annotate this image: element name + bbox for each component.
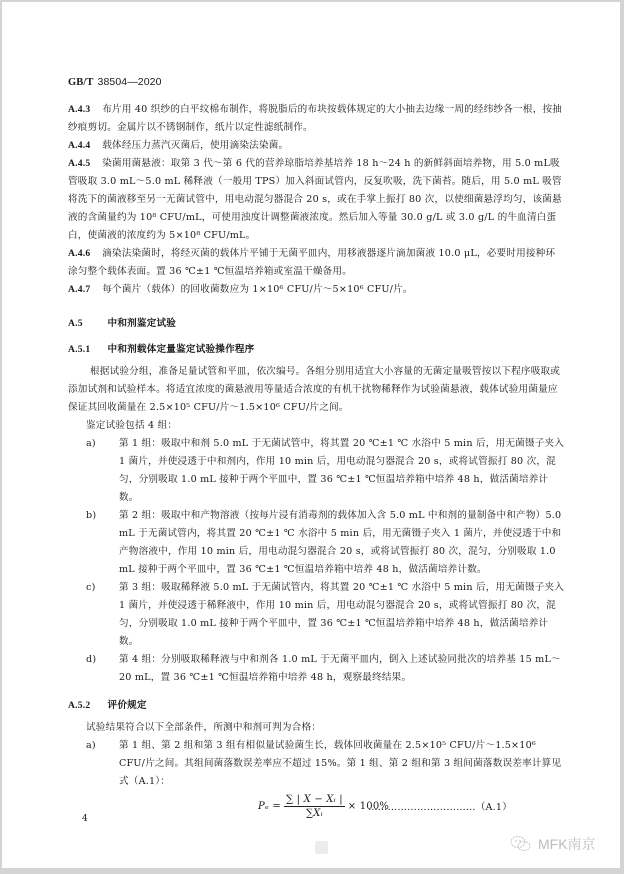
list-item-text: 第 2 组：吸取中和产物溶液（按每片浸有消毒剂的载体加入含 5.0 mL 中和剂… [119,510,561,575]
standard-number: 38504—2020 [98,76,162,88]
document-body: A.4.3 布片用 40 织纱的白平纹棉布制作，将脱脂后的布块按载体规定的大小抽… [68,101,565,823]
a51-intro: 根据试验分组，准备足量试管和平皿，依次编号。各组分别用适宜大小容量的无菌定量吸管… [68,363,565,417]
test-groups-list: a) 第 1 组：吸取中和剂 5.0 mL 于无菌试管中，将其置 20 ℃±1 … [68,435,565,687]
equation-label: ……………………………（A.1） [368,799,512,817]
clause-text: 滴染法染菌时，将经灭菌的载体片平铺于无菌平皿内，用移液器逐片滴加菌液 10.0 … [68,248,555,277]
watermark-text: MFK南京 [538,834,596,854]
list-item-text: 第 4 组：分别吸取稀释液与中和剂各 1.0 mL 于无菌平皿内，倒入上述试验同… [119,654,561,683]
a52-intro: 试验结果符合以下全部条件，所测中和剂可判为合格： [68,719,565,737]
list-item: b) 第 2 组：吸取中和产物溶液（按每片浸有消毒剂的载体加入含 5.0 mL … [86,507,565,579]
clause-text: 布片用 40 织纱的白平纹棉布制作，将脱脂后的布块按载体规定的大小抽去边缘一周的… [68,104,562,133]
scan-artifact [315,841,328,854]
list-item-text: 第 3 组：吸取稀释液 5.0 mL 于无菌试管内，将其置 20 ℃±1 ℃ 水… [119,582,564,647]
list-marker: c) [86,579,116,597]
clause-text: 染菌用菌悬液：取第 3 代～第 6 代的营养琼脂培养基培养 18 h～24 h … [68,158,562,241]
list-marker: a) [86,435,116,453]
section-heading-a51: A.5.1 中和剂载体定量鉴定试验操作程序 [68,341,565,359]
section-id: A.5 [68,315,104,333]
clause-id: A.4.7 [68,281,99,299]
list-item-text: 第 1 组、第 2 组和第 3 组有相似量试验菌生长，载体回收菌量在 2.5×1… [119,740,561,787]
page-number: 4 [82,814,88,824]
clause-id: A.4.6 [68,245,99,263]
list-item: a) 第 1 组：吸取中和剂 5.0 mL 于无菌试管中，将其置 20 ℃±1 … [86,435,565,507]
clause-a447: A.4.7 每个菌片（载体）的回收菌数应为 1×10⁶ CFU/片～5×10⁶ … [68,281,565,299]
clause-a444: A.4.4 载体经压力蒸汽灭菌后，使用滴染法染菌。 [68,137,565,155]
conditions-list: a) 第 1 组、第 2 组和第 3 组有相似量试验菌生长，载体回收菌量在 2.… [68,737,565,791]
list-item: c) 第 3 组：吸取稀释液 5.0 mL 于无菌试管内，将其置 20 ℃±1 … [86,579,565,651]
list-item-text: 第 1 组：吸取中和剂 5.0 mL 于无菌试管中，将其置 20 ℃±1 ℃ 水… [119,438,564,503]
formula-a1: Pₑ = ∑ | X − Xᵢ | ∑Xᵢ × 100% ……………………………… [68,793,565,823]
formula-denominator: ∑Xᵢ [306,807,323,820]
watermark: MFK南京 [510,834,596,854]
formula-fraction: ∑ | X − Xᵢ | ∑Xᵢ [284,793,345,820]
formula-lhs: Pₑ = [258,798,281,816]
list-item: a) 第 1 组、第 2 组和第 3 组有相似量试验菌生长，载体回收菌量在 2.… [86,737,565,791]
clause-a446: A.4.6 滴染法染菌时，将经灭菌的载体片平铺于无菌平皿内，用移液器逐片滴加菌液… [68,245,565,281]
section-heading-a5: A.5 中和剂鉴定试验 [68,315,565,333]
section-title: 评价规定 [108,700,147,711]
section-title: 中和剂鉴定试验 [108,318,177,329]
formula-numerator: ∑ | X − Xᵢ | [284,793,345,807]
clause-id: A.4.4 [68,137,99,155]
list-marker: a) [86,737,116,755]
clause-a443: A.4.3 布片用 40 织纱的白平纹棉布制作，将脱脂后的布块按载体规定的大小抽… [68,101,565,137]
document-page: GB/T38504—2020 A.4.3 布片用 40 织纱的白平纹棉布制作，将… [2,2,620,868]
a51-groups-lead: 鉴定试验包括 4 组： [68,417,565,435]
section-title: 中和剂载体定量鉴定试验操作程序 [108,344,255,355]
standard-prefix: GB/T [68,77,94,88]
clause-text: 每个菌片（载体）的回收菌数应为 1×10⁶ CFU/片～5×10⁶ CFU/片。 [102,284,412,295]
section-id: A.5.1 [68,341,104,359]
section-heading-a52: A.5.2 评价规定 [68,697,565,715]
wechat-icon [510,835,532,853]
standard-header: GB/T38504—2020 [68,76,162,88]
list-marker: b) [86,507,116,525]
clause-id: A.4.5 [68,155,99,173]
clause-text: 载体经压力蒸汽灭菌后，使用滴染法染菌。 [102,140,288,151]
clause-a445: A.4.5 染菌用菌悬液：取第 3 代～第 6 代的营养琼脂培养基培养 18 h… [68,155,565,245]
list-item: d) 第 4 组：分别吸取稀释液与中和剂各 1.0 mL 于无菌平皿内，倒入上述… [86,651,565,687]
clause-id: A.4.3 [68,101,99,119]
section-id: A.5.2 [68,697,104,715]
list-marker: d) [86,651,116,669]
